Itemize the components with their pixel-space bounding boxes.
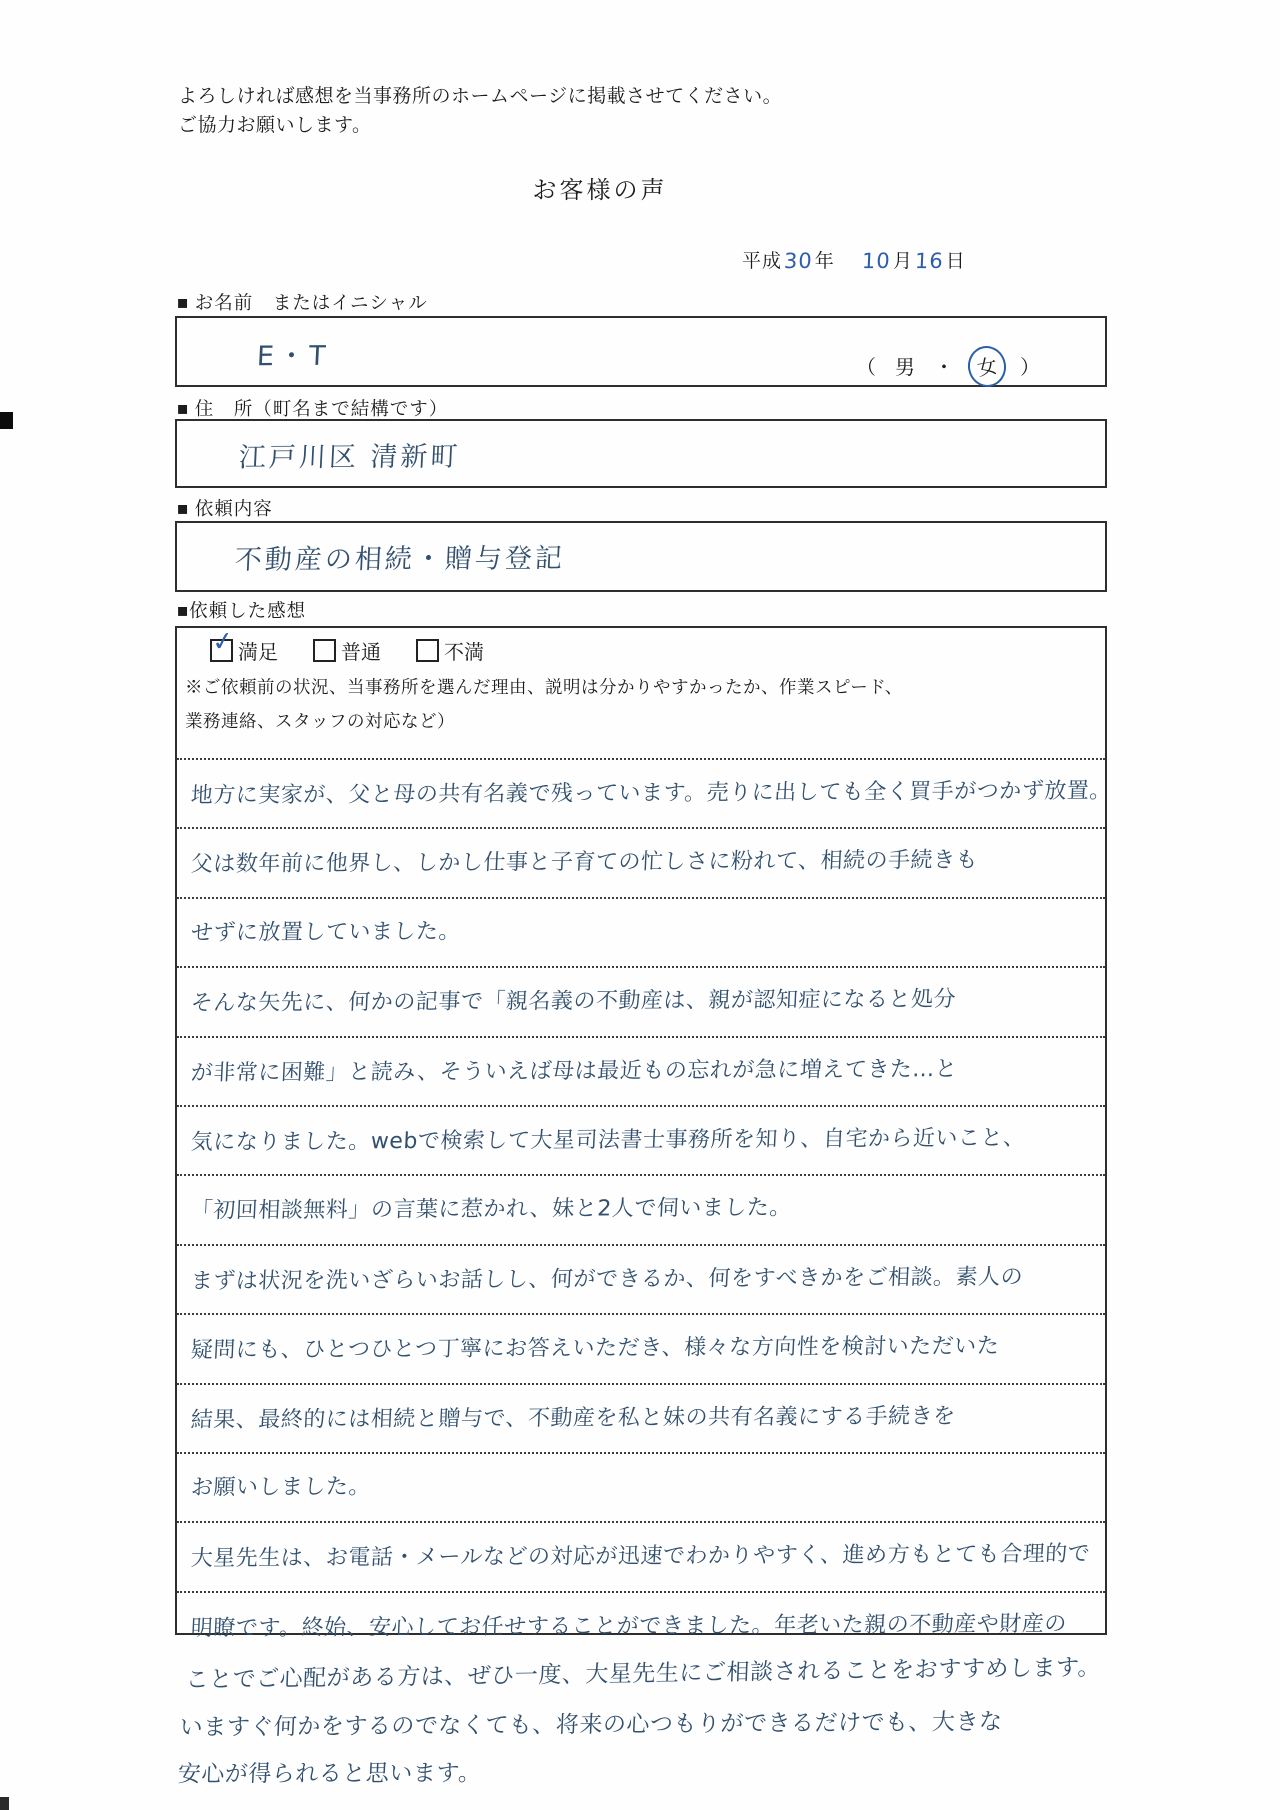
gender-row: （ 男 ・ 女 ）: [849, 346, 1047, 387]
instructions-line-1: ※ご依頼前の状況、当事務所を選んだ理由、説明は分かりやすかったか、作業スピード、: [185, 670, 903, 704]
writing-line: 父は数年前に他界し、しかし仕事と子育ての忙しさに粉れて、相続の手続きも: [177, 827, 1105, 896]
overflow-writing-line: 安心が得られると思います。: [177, 1754, 482, 1788]
year-label: 年: [815, 251, 835, 272]
year-value-handwritten: 30: [783, 249, 813, 273]
writing-line: 地方に実家が、父と母の共有名義で残っています。売りに出しても全く買手がつかず放置…: [177, 758, 1105, 827]
writing-line: お願いしました。: [177, 1452, 1105, 1521]
era-label: 平成: [742, 251, 782, 272]
day-value-handwritten: 16: [914, 249, 944, 273]
writing-line: 「初回相談無料」の言葉に惹かれ、妹と2人で伺いました。: [177, 1174, 1105, 1243]
writing-line: が非常に困難」と読み、そういえば母は最近もの忘れが急に増えてきた…と: [177, 1036, 1105, 1105]
option-dissatisfied-label: 不満: [444, 642, 484, 664]
page-title: お客様の声: [160, 170, 1040, 205]
option-satisfied: ✓満足: [210, 642, 278, 664]
satisfaction-options: ✓満足 普通 不満: [210, 636, 514, 665]
gender-option-female-circled: 女: [965, 343, 1010, 390]
feedback-section-label: ■依頼した感想: [177, 597, 306, 623]
feedback-box: ✓満足 普通 不満 ※ご依頼前の状況、当事務所を選んだ理由、説明は分かりやすかっ…: [175, 626, 1107, 1635]
checkbox-neutral: [313, 639, 336, 662]
instructions-line-2: 業務連絡、スタッフの対応など）: [185, 704, 903, 738]
intro-line-1: よろしければ感想を当事務所のホームページに掲載させてください。: [178, 82, 782, 111]
address-field-box: 江戸川区 清新町: [175, 419, 1107, 488]
checkmark-icon: ✓: [210, 628, 235, 657]
option-neutral: 普通: [313, 642, 381, 664]
name-field-box: E・T （ 男 ・ 女 ）: [175, 316, 1107, 387]
gender-separator-dot: ・: [934, 357, 954, 379]
overflow-writing-line: いますぐ何かをするのでなくても、将来の心つもりができるだけでも、大きな: [179, 1703, 1003, 1742]
request-section-label: ■ 依頼内容: [177, 495, 273, 521]
request-value-handwritten: 不動産の相続・贈与登記: [234, 536, 566, 577]
intro-text: よろしければ感想を当事務所のホームページに掲載させてください。 ご協力お願いしま…: [178, 82, 782, 140]
scanned-feedback-form: よろしければ感想を当事務所のホームページに掲載させてください。 ご協力お願いしま…: [0, 0, 1280, 1810]
writing-line: まずは状況を洗いざらいお話しし、何ができるか、何をすべきかをご相談。素人の: [177, 1244, 1105, 1313]
name-section-label: ■ お名前 またはイニシャル: [177, 289, 428, 315]
month-value-handwritten: 10: [862, 249, 892, 273]
address-value-handwritten: 江戸川区 清新町: [238, 434, 461, 474]
writing-line: そんな矢先に、何かの記事で「親名義の不動産は、親が認知症になると処分: [177, 966, 1105, 1035]
writing-line: せずに放置していました。: [177, 897, 1105, 966]
option-satisfied-label: 満足: [238, 642, 278, 664]
writing-line: 疑問にも、ひとつひとつ丁寧にお答えいただき、様々な方向性を検討いただいた: [177, 1313, 1105, 1382]
gender-paren-open: （: [856, 357, 876, 379]
day-label: 日: [946, 251, 966, 272]
gender-paren-close: ）: [1020, 357, 1040, 379]
ruled-writing-area: 地方に実家が、父と母の共有名義で残っています。売りに出しても全く買手がつかず放置…: [177, 758, 1105, 1660]
feedback-instructions: ※ご依頼前の状況、当事務所を選んだ理由、説明は分かりやすかったか、作業スピード、…: [185, 670, 903, 738]
option-dissatisfied: 不満: [416, 642, 484, 664]
checkbox-dissatisfied: [416, 639, 439, 662]
scan-artifact-mark: [0, 1797, 9, 1810]
writing-line: 結果、最終的には相続と贈与で、不動産を私と妹の共有名義にする手続きを: [177, 1383, 1105, 1452]
gender-option-male: 男: [895, 357, 915, 379]
writing-line: 気になりました。webで検索して大星司法書士事務所を知り、自宅から近いこと、: [177, 1105, 1105, 1174]
intro-line-2: ご協力お願いします。: [178, 111, 782, 140]
option-neutral-label: 普通: [341, 642, 381, 664]
checkbox-satisfied: ✓: [210, 639, 233, 662]
date-row: 平成30年 10月16日: [742, 246, 966, 273]
address-section-label: ■ 住 所（町名まで結構です）: [177, 395, 448, 421]
writing-line: 大星先生は、お電話・メールなどの対応が迅速でわかりやすく、進め方もとても合理的で: [177, 1521, 1105, 1590]
month-label: 月: [893, 251, 913, 272]
name-value-handwritten: E・T: [256, 334, 330, 373]
scan-artifact-mark: [0, 412, 13, 429]
request-field-box: 不動産の相続・贈与登記: [175, 521, 1107, 592]
